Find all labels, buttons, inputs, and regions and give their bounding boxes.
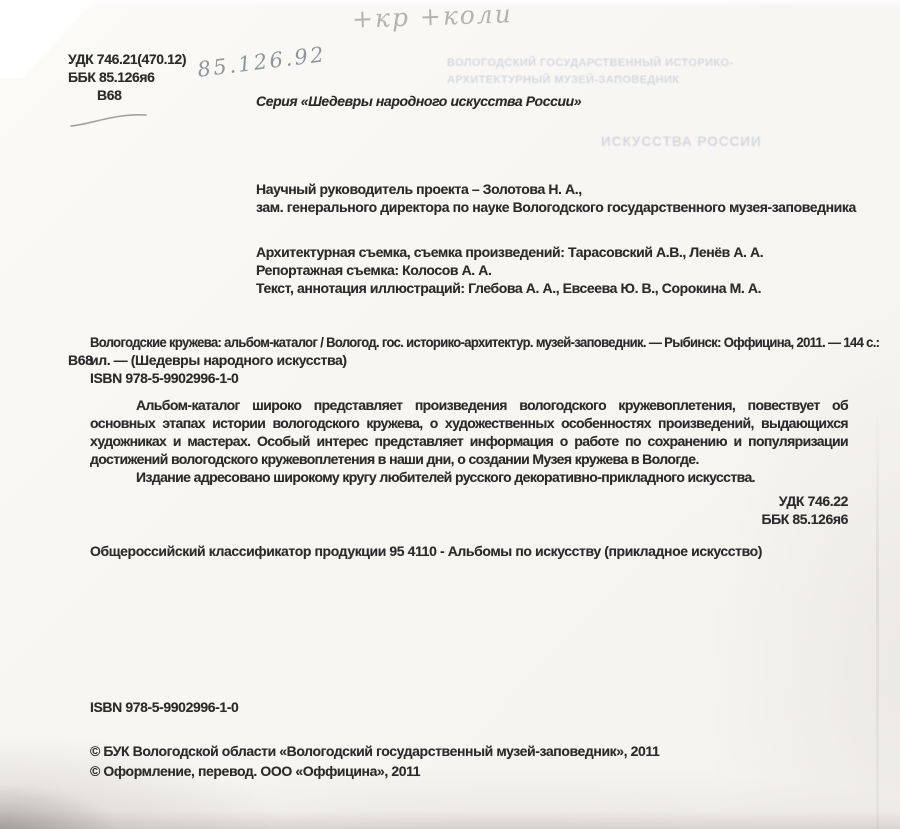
- series-title: Серия «Шедевры народного искусства Росси…: [256, 92, 581, 110]
- author-sign: В68: [97, 86, 121, 104]
- classifier-line: Общероссийский классификатор продукции 9…: [90, 542, 762, 560]
- annotation-block: Альбом-каталог широко представляет произ…: [90, 396, 848, 486]
- handwritten-note: +кр +коли: [352, 0, 514, 34]
- isbn-bottom: ISBN 978-5-9902996-1-0: [90, 698, 238, 716]
- show-through-fragment-2: АРХИТЕКТУРНЫЙ МУЗЕЙ-ЗАПОВЕДНИК: [447, 74, 679, 86]
- biblio-line-2: ил. — (Шедевры народного искусства): [90, 351, 347, 369]
- pencil-flourish: [68, 106, 150, 132]
- scanned-imprint-page: ВОЛОГОДСКИЙ ГОСУДАРСТВЕННЫЙ ИСТОРИКО- АР…: [0, 0, 900, 829]
- show-through-fragment-1: ВОЛОГОДСКИЙ ГОСУДАРСТВЕННЫЙ ИСТОРИКО-: [447, 57, 734, 69]
- scan-crease-right: [876, 400, 879, 829]
- credits-reportage: Репортажная съемка: Колосов А. А.: [256, 261, 491, 279]
- scan-shadow-bottom: [0, 811, 900, 829]
- annotation-paragraph-1: Альбом-каталог широко представляет произ…: [90, 396, 848, 468]
- biblio-isbn: ISBN 978-5-9902996-1-0: [90, 369, 238, 387]
- biblio-label: В68: [68, 351, 92, 369]
- biblio-line-1: Вологодские кружева: альбом-каталог / Во…: [90, 333, 879, 351]
- show-through-fragment-3: ИСКУССТВА РОССИИ: [601, 134, 762, 149]
- copyright-line-1: © БУК Вологодской области «Вологодский г…: [90, 742, 659, 760]
- copyright-line-2: © Оформление, перевод. ООО «Оффицина», 2…: [90, 762, 420, 780]
- handwritten-shelf-number: 85.126.92: [196, 42, 327, 82]
- credits-text: Текст, аннотация иллюстраций: Глебова А.…: [256, 279, 761, 297]
- project-lead-line-1: Научный руководитель проекта – Золотова …: [256, 180, 582, 198]
- credits-photography: Архитектурная съемка, съемка произведени…: [256, 243, 763, 261]
- udc-number-right: УДК 746.22: [648, 492, 848, 510]
- annotation-paragraph-2: Издание адресовано широкому кругу любите…: [90, 468, 848, 486]
- project-lead-line-2: зам. генерального директора по науке Вол…: [256, 198, 856, 216]
- bbk-number-right: ББК 85.126я6: [648, 510, 848, 528]
- scan-shadow-bottom-left: [0, 783, 120, 829]
- bbk-number: ББК 85.126я6: [68, 68, 155, 86]
- udc-number: УДК 746.21(470.12): [68, 50, 186, 68]
